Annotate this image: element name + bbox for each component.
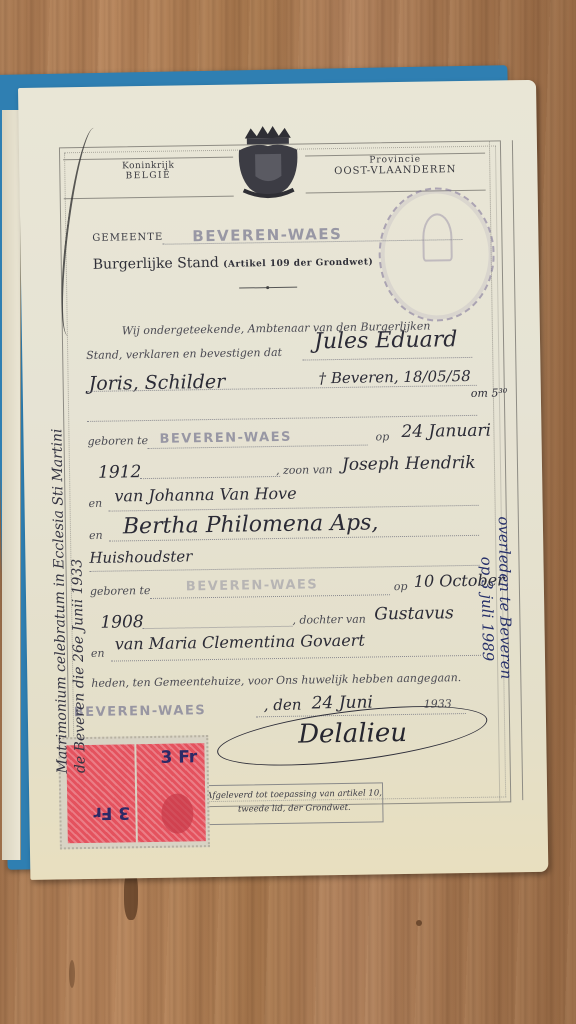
groom-death-note: † Beveren, 18/05/58	[318, 367, 470, 387]
groom-mother: van Johanna Van Hove	[114, 484, 296, 506]
coat-of-arms-icon	[233, 124, 304, 207]
marriage-certificate-page: Koninkrijk BELGIË Provincie OOST-VLAANDE…	[18, 80, 548, 880]
bride-on-label: op	[394, 580, 408, 593]
bride-born-place-stamp: BEVEREN-WAES	[186, 577, 319, 594]
gemeente-label: GEMEENTE	[92, 232, 163, 244]
date-prefix: , den	[264, 696, 302, 715]
groom-father: Joseph Hendrik	[342, 453, 476, 475]
title-main: Burgerlijke Stand	[93, 255, 219, 273]
fiscal-stamp-2: 3 Fr	[136, 743, 206, 842]
groom-death-time: om 5³⁰	[471, 386, 508, 400]
margin-note-right: overleden te Beveren op 3 juli 1989	[477, 516, 516, 679]
groom-born-label: geboren te	[87, 434, 148, 448]
stamp-value: 3 Fr	[93, 802, 130, 823]
wood-knot	[416, 920, 422, 926]
groom-birth-year: 1912	[98, 462, 142, 483]
registrar-signature: Delalieu	[298, 718, 407, 750]
groom-birth-day-month: 24 Januari	[401, 421, 491, 442]
margin-note-left-line-2: de Beveren die 26e Junii 1933	[69, 559, 88, 774]
son-of-label: , zoon van	[276, 463, 333, 477]
groom-born-place-stamp: BEVEREN-WAES	[159, 430, 292, 447]
groom-and-label: en	[88, 497, 102, 510]
bride-father: Gustavus	[374, 603, 454, 624]
bride-birth-year: 1908	[100, 612, 144, 633]
note-line-2: tweede lid, der Grondwet.	[206, 800, 382, 817]
bride-occupation: Huishoudster	[89, 547, 192, 567]
title-sub: (Artikel 109 der Grondwet)	[223, 257, 373, 269]
daughter-of-label: , dochter van	[292, 613, 366, 627]
bride-name: Bertha Philomena Aps,	[123, 510, 379, 539]
groom-on-label: op	[375, 430, 389, 443]
king-portrait-icon	[161, 793, 194, 833]
province-name: OOST-VLAANDEREN	[305, 164, 485, 178]
header-province: Provincie OOST-VLAANDEREN	[305, 153, 486, 194]
bride-born-label: geboren te	[90, 584, 151, 598]
margin-note-right-line-1: overleden te Beveren	[495, 516, 516, 679]
previous-page-edge	[2, 110, 21, 860]
bride-and-label: en	[89, 529, 103, 542]
wood-knot	[69, 960, 75, 988]
groom-first-names: Jules Eduard	[314, 327, 458, 354]
note-line-1: Afgeleverd tot toepassing van artikel 10…	[206, 786, 382, 803]
place-stamp: BEVEREN-WAES	[74, 703, 207, 720]
article-note-box: Afgeleverd tot toepassing van artikel 10…	[205, 782, 384, 825]
bride-mother: van Maria Clementina Govaert	[115, 631, 365, 654]
stamp-value: 3 Fr	[160, 747, 197, 768]
gemeente-value-stamp: BEVEREN-WAES	[192, 225, 342, 245]
bride-and-label-2: en	[91, 647, 105, 660]
